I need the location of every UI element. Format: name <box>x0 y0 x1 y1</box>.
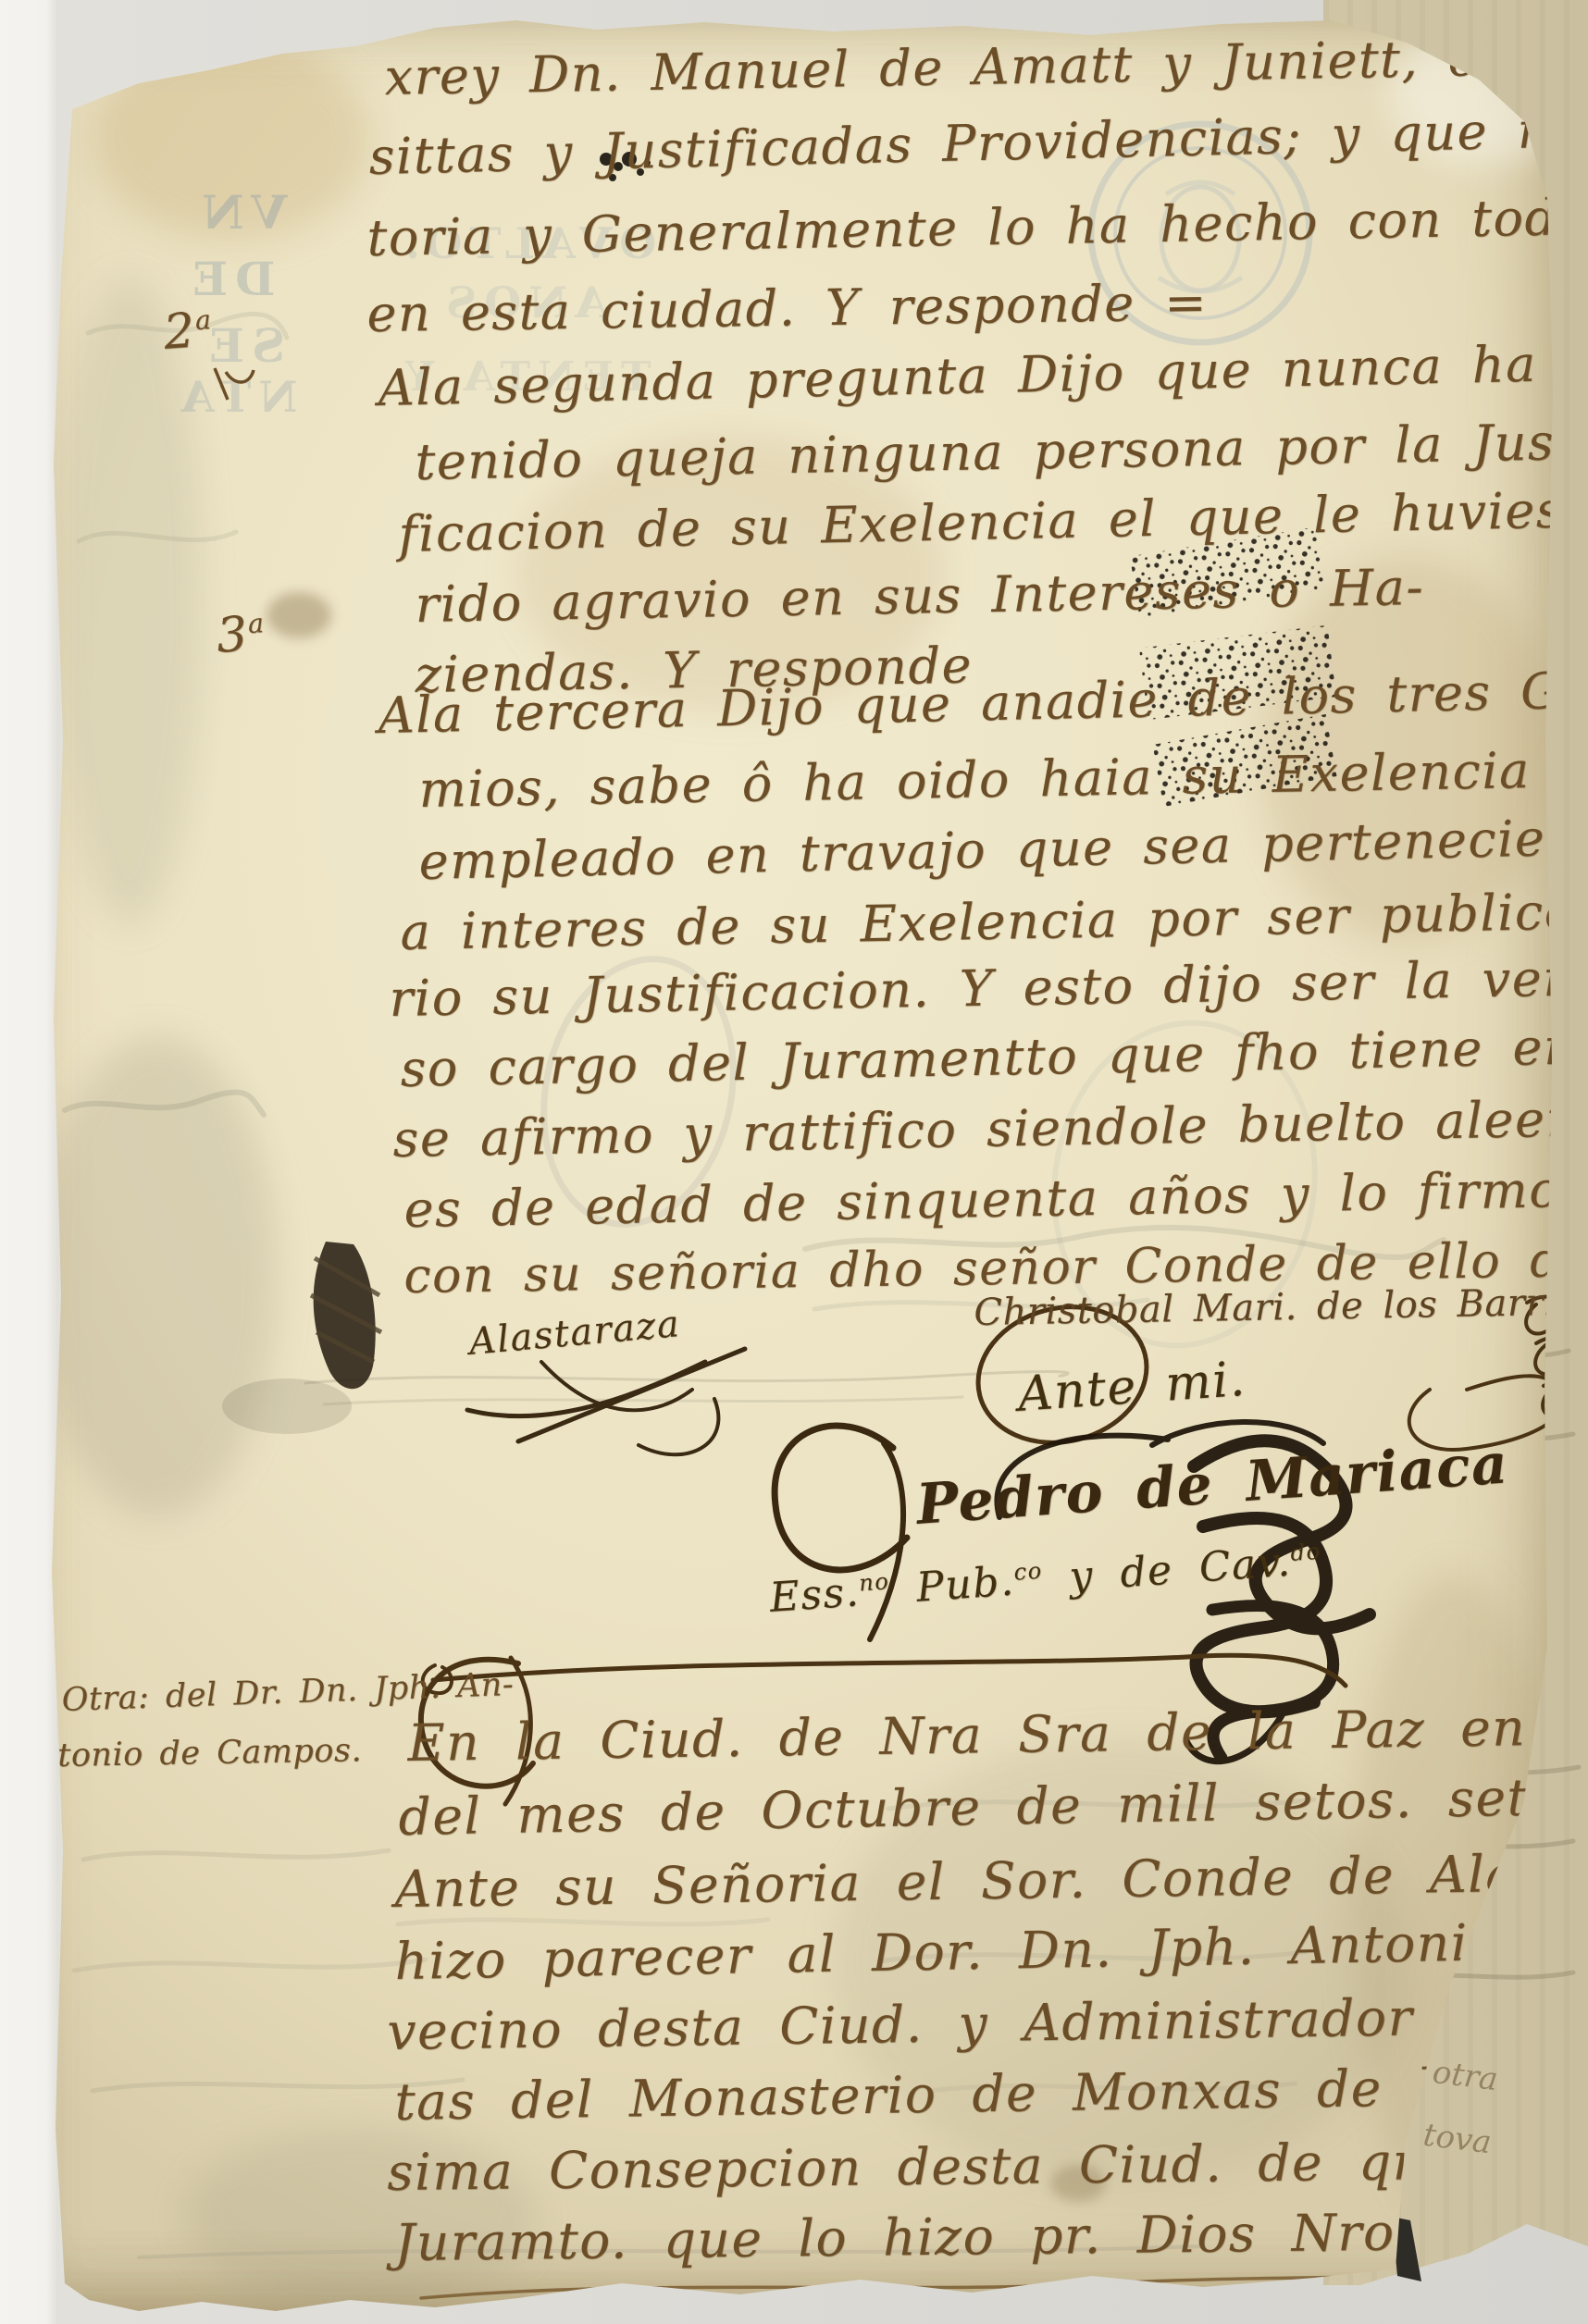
bleedthrough-print: DE <box>185 252 275 306</box>
underpage-text-fragment: otra <box>1431 2054 1500 2098</box>
notary-title-sup: do <box>1289 1539 1321 1566</box>
scanned-manuscript-photo: otra tova V <box>0 0 1588 2324</box>
margin-numeral-sup: a <box>194 303 214 336</box>
margin-numeral-sup: a <box>247 607 267 639</box>
notary-title-sup: co <box>1013 1558 1044 1586</box>
ink-smudge <box>267 592 331 638</box>
notary-title-sup: no <box>858 1568 890 1596</box>
paper-stain <box>37 1036 278 1517</box>
margin-numeral-2: 2a <box>162 302 215 361</box>
bleedthrough-print: VN <box>194 185 288 240</box>
body-line: en esta ciudad. Y responde = <box>366 273 1208 343</box>
manuscript-page: VN DE SE NTA OVALTO. ANOS TENTA Y <box>0 0 1588 2324</box>
notary-title-part: Ess. <box>768 1568 862 1622</box>
bleedthrough-print: NTA <box>174 372 297 422</box>
bleedthrough-print: SE <box>202 318 285 373</box>
notary-title-part: Pub. <box>915 1558 1016 1612</box>
margin-numeral-base: 2 <box>162 303 198 361</box>
margin-numeral-base: 3 <box>215 607 251 664</box>
margin-note-line: tonio de Campos. <box>57 1732 362 1774</box>
margin-numeral-3: 3a <box>215 605 267 664</box>
